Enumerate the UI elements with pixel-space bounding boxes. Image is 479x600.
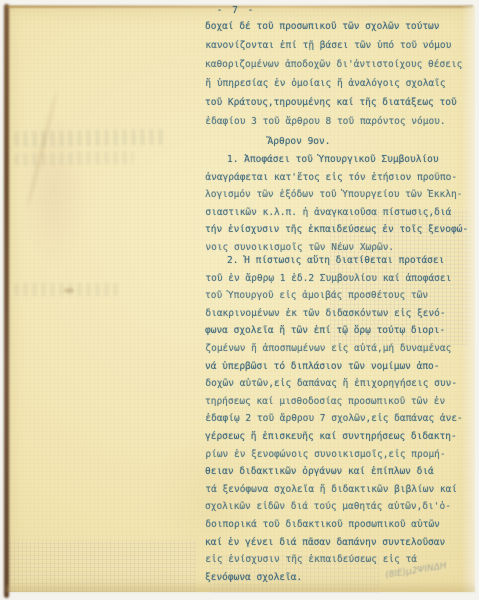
text-line: δοχῶν αὐτῶν,εἰς δαπάνας ἤ ἐπιχορηγήσεις … <box>205 375 471 393</box>
text-line: κανονίζονται ἐπί τῇ βάσει τῶν ὑπό τοῦ νό… <box>205 36 471 55</box>
text-line: τοῦ Κράτους,τηρουμένης καί τῆς διατάξεως… <box>205 93 471 112</box>
text-line: νά ὑπερβῶσι τό διπλάσιον τῶν νομίμων ἀπο… <box>205 358 471 376</box>
text-line: ἀναγράφεται κατ'ἔτος εἰς τόν ἐτήσιον προ… <box>205 169 471 187</box>
text-line: καθοριζομένων ἀποδοχῶν δι'ἀντιστοίχους θ… <box>205 55 471 74</box>
embossed-stamp <box>14 283 119 296</box>
text-line: θειαν διδακτικῶν ὀργάνων καί ἐπίπλων διά <box>205 463 471 481</box>
text-line: δοιπορικά τοῦ διδακτικοῦ προσωπικοῦ αὐτῶ… <box>205 516 471 534</box>
paragraph-2-block: 2. Ἡ πίστωσις αὕτη διατίθεται προτάσειτο… <box>205 252 471 586</box>
text-line: ρίων ἐν ξενοφώνοις συνοικισμοῖς,εἰς προμ… <box>205 446 471 464</box>
text-line: φωνα σχολεῖα ἤ τῶν ἐπί τῷ ὅρῳ τούτῳ διορ… <box>205 322 471 340</box>
text-line: ἐδαφίῳ 2 τοῦ ἄρθρου 7 σχολῶν,εἰς δαπάνας… <box>205 410 471 428</box>
text-line: σχολικῶν εἰδῶν διά τούς μαθητάς αὐτῶν,δι… <box>205 498 471 516</box>
page-number: - 7 - <box>206 6 266 16</box>
page-left-edge-shadow <box>4 4 9 598</box>
text-line: διακρινομένων ἐκ τῶν διδασκόντων εἰς ξεν… <box>205 305 471 323</box>
text-line: τήν ἐνίσχυσιν τῆς ἐκπαιδεύσεως ἐν τοῖς ξ… <box>205 221 471 239</box>
text-line: τοῦ Ὑπουργοῦ εἰς ἀμοιβάς προσθέτους τῶν <box>205 287 471 305</box>
text-line: τηρήσεως καί μισθοδοσίας προσωπικοῦ τῶν … <box>205 393 471 411</box>
scanned-document-page: - 7 - δοχαί δέ τοῦ προσωπικοῦ τῶν σχολῶν… <box>0 0 479 600</box>
heading-line: Ἄρθρον 9ον. <box>205 132 471 151</box>
text-line: λογισμόν τῶν ἐξόδων τοῦ Ὑπουργείου τῶν Ἐ… <box>205 186 471 204</box>
text-line: ζομένων ἤ ἀποσπωμένων εἰς αὐτά,μή δυναμέ… <box>205 340 471 358</box>
text-line: καί ἐν γένει διά πᾶσαν δαπάνην συντελοῦσ… <box>205 534 471 552</box>
text-line: γέρσεως ἤ ἐπισκευῆς καί συντηρήσεως διδα… <box>205 428 471 446</box>
text-line: δοχαί δέ τοῦ προσωπικοῦ τῶν σχολῶν τούτω… <box>205 17 471 36</box>
paragraph-1-block: 1. Ἀποφάσει τοῦ Ὑπουργικοῦ Συμβουλίουἀνα… <box>205 151 471 257</box>
intro-text-block: δοχαί δέ τοῦ προσωπικοῦ τῶν σχολῶν τούτω… <box>205 17 471 131</box>
article-heading: Ἄρθρον 9ον. <box>205 132 471 151</box>
text-line: ἐδαφίου 3 τοῦ ἄρθρου 8 τοῦ παρόντος νόμο… <box>205 112 471 131</box>
text-line: 2. Ἡ πίστωσις αὕτη διατίθεται προτάσει <box>205 252 471 270</box>
text-line: ἤ ὑπηρεσίας ἐν ὁμοίαις ἤ ἀναλόγοις σχολα… <box>205 74 471 93</box>
embossed-stamp <box>14 129 164 148</box>
text-line: 1. Ἀποφάσει τοῦ Ὑπουργικοῦ Συμβουλίου <box>205 151 471 169</box>
embossed-stamp <box>14 151 134 166</box>
text-line: τοῦ ἐν ἄρθρῳ 1 ἐδ.2 Συμβουλίου καί ἀποφά… <box>205 270 471 288</box>
text-line: σιαστικῶν κ.λ.π. ἡ ἀναγκαιοῦσα πίστωσις,… <box>205 204 471 222</box>
text-line: τά ξενόφωνα σχολεῖα ἤ διδακτικῶν βιβλίων… <box>205 481 471 499</box>
